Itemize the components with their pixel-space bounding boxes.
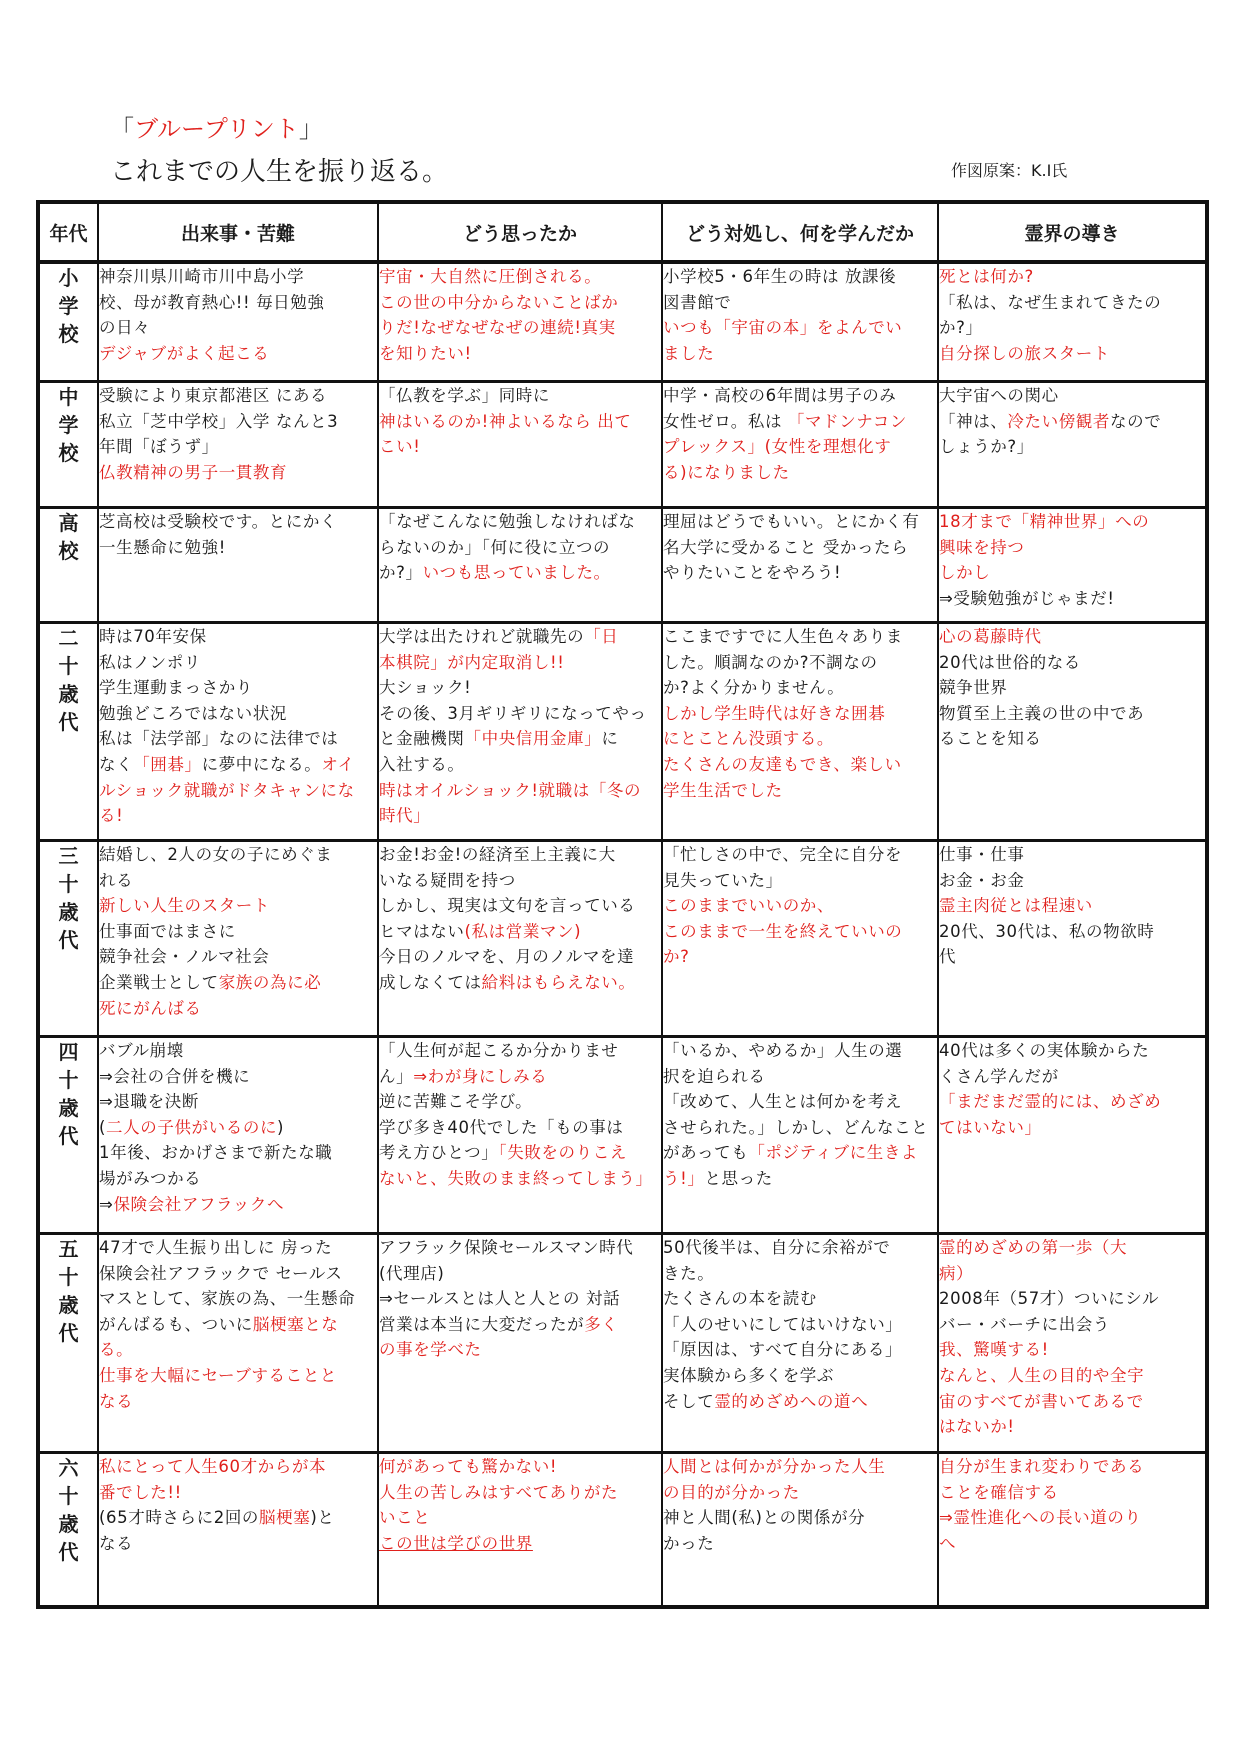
cell-text-line: 一生懸命に勉強!	[99, 535, 377, 561]
highlighted-text: の事を学べた	[379, 1340, 482, 1359]
cell-text-line: プレックス」(女性を理想化す	[663, 434, 937, 460]
cell-text-line: しかし、現実は文句を言っている	[379, 893, 661, 919]
text-segment: ⇒受験勉強がじゃまだ!	[939, 589, 1115, 608]
cell-text-line: 「なぜこんなに勉強しなければな	[379, 509, 661, 535]
cell-text-line: 考え方ひとつ」「失敗をのりこえ	[379, 1140, 661, 1166]
cell-text-line: 企業戦士として家族の為に必	[99, 970, 377, 996]
cell-text-line: くさん学んだが	[939, 1064, 1205, 1090]
cell-text-line: 「原因は、すべて自分にある」	[663, 1337, 937, 1363]
highlighted-text: 神はいるのか!神よいるなら 出て	[379, 412, 631, 431]
author-credit: 作図原案：K.I氏	[951, 158, 1067, 181]
title-bracket-close: 」	[299, 115, 323, 143]
text-segment: か?」	[939, 318, 983, 337]
cell-text-line: 20代は世俗的なる	[939, 650, 1205, 676]
highlighted-text: なんと、人生の目的や全宇	[939, 1366, 1144, 1385]
text-segment: 逆に苦難こそ学び。	[379, 1092, 532, 1111]
age-label-char: 中	[40, 383, 97, 411]
text-segment: 大学は出たけれど就職先の	[379, 627, 584, 646]
text-segment: そして	[663, 1392, 714, 1411]
highlighted-text: 仏教精神の男子一貫教育	[99, 463, 287, 482]
text-segment: の日々	[99, 318, 150, 337]
cell-text-line: 仕事・仕事	[939, 842, 1205, 868]
table-row: 四十歳代バブル崩壊⇒会社の合併を機に⇒退職を決断 (二人の子供がいるのに)1年後…	[38, 1037, 1207, 1234]
age-label-char: 歳	[40, 1291, 97, 1319]
age-label-cell: 二十歳代	[38, 623, 98, 841]
cell-text-line: その後、3月ギリギリになってやっ	[379, 701, 661, 727]
cell-text-line: ⇒退職を決断	[99, 1089, 377, 1115]
cell-text-line: 「仏教を学ぶ」同時に	[379, 383, 661, 409]
highlighted-text: ⇒霊性進化への長い道のり	[939, 1508, 1142, 1527]
cell-text-line: なる	[99, 1531, 377, 1557]
cell-text-line: 仕事を大幅にセーブすることと	[99, 1363, 377, 1389]
cell-text-line: 大ショック!	[379, 675, 661, 701]
cell-text-line: 死とは何か?	[939, 264, 1205, 290]
text-segment: 20代、30代は、私の物欲時	[939, 922, 1154, 941]
highlighted-text: 宇宙・大自然に圧倒される。	[379, 267, 601, 286]
text-segment: )	[277, 1118, 284, 1137]
cell-text-line: 「神は、冷たい傍観者なので	[939, 409, 1205, 435]
document-title-block: 「ブループリント」 これまでの人生を振り返る。	[110, 112, 448, 192]
text-segment: 47才で人生振り出しに 房った	[99, 1238, 332, 1257]
cell-text-line: この世は学びの世界	[379, 1531, 661, 1557]
text-segment: ここまですでに人生色々ありま	[663, 627, 903, 646]
text-segment: 「改めて、人生とは何かを考え	[663, 1092, 902, 1111]
cell-text-line: りだ!なぜなぜなぜの連続!真実	[379, 315, 661, 341]
table-row: 六十歳代私にとって人生60才からが本番でした!!(65才時さらに2回の脳梗塞)と…	[38, 1453, 1207, 1608]
text-segment: お金・お金	[939, 871, 1025, 890]
cell-text-line: 神はいるのか!神よいるなら 出て	[379, 409, 661, 435]
text-segment: 私は「法学部」なのに法律では	[99, 729, 338, 748]
highlighted-text: 「マドンナコン	[788, 412, 907, 431]
text-segment: 年間「ぼうず」	[99, 437, 219, 456]
text-segment: 物質至上主義の世の中であ	[939, 704, 1144, 723]
cell-text-line: 時は70年安保	[99, 624, 377, 650]
text-segment: 女性ゼロ。私は	[663, 412, 788, 431]
cell-text-line: にとことん没頭する。	[663, 726, 937, 752]
cell-text-line: きた。	[663, 1261, 937, 1287]
cell-text-line: があっても「ポジティブに生きよ	[663, 1140, 937, 1166]
text-segment: ⇒セールスとは人と人との 対話	[379, 1289, 620, 1308]
cell-text-line: か?	[663, 944, 937, 970]
text-segment: 勉強どころではない状況	[99, 704, 287, 723]
text-segment: 「仏教を学ぶ」同時に	[379, 386, 550, 405]
text-segment: やりたいことをやろう!	[663, 563, 841, 582]
highlighted-text: 学生生活でした	[663, 781, 783, 800]
cell-text-line: ヒマはない(私は営業マン)	[379, 919, 661, 945]
highlighted-text: こい!	[379, 437, 420, 456]
cell-text-line: 病）	[939, 1261, 1205, 1287]
cell-text-line: れる	[99, 868, 377, 894]
text-segment: お金!お金!の経済至上主義に大	[379, 845, 616, 864]
thoughts-cell: 何があっても驚かない!人生の苦しみはすべてありがたいことこの世は学びの世界	[378, 1453, 662, 1608]
highlighted-text: 我、驚嘆する!	[939, 1340, 1049, 1359]
highlighted-text: 霊的めざめへの道へ	[714, 1392, 868, 1411]
highlighted-text: 死とは何か?	[939, 267, 1034, 286]
cell-text-line: 代	[939, 944, 1205, 970]
cell-text-line: 50代後半は、自分に余裕がで	[663, 1235, 937, 1261]
highlighted-text: 保険会社アフラックへ	[113, 1195, 284, 1214]
thoughts-cell: 大学は出たけれど就職先の「日本棋院」が内定取消し!!大ショック!その後、3月ギリ…	[378, 623, 662, 841]
age-label-cell: 五十歳代	[38, 1234, 98, 1453]
text-segment: 入社する。	[379, 755, 465, 774]
text-segment: (	[99, 1118, 106, 1137]
highlighted-text: 「まだまだ霊的には、めざめ	[939, 1092, 1161, 1111]
cell-text-line: へ	[939, 1531, 1205, 1557]
text-segment: 結婚し、2人の女の子にめぐま	[99, 845, 332, 864]
thoughts-cell: 宇宙・大自然に圧倒される。この世の中分からないことばかりだ!なぜなぜなぜの連続!…	[378, 262, 662, 382]
text-segment: 大宇宙への関心	[939, 386, 1059, 405]
highlighted-text: 脳梗塞	[259, 1508, 310, 1527]
highlighted-text: いつも「宇宙の本」をよんでい	[663, 318, 902, 337]
cell-text-line: いつも「宇宙の本」をよんでい	[663, 315, 937, 341]
highlighted-text: 新しい人生のスタート	[99, 896, 270, 915]
cell-text-line: ⇒会社の合併を機に	[99, 1064, 377, 1090]
highlighted-text: 仕事を大幅にセーブすることと	[99, 1366, 337, 1385]
age-label-char: 代	[40, 1538, 97, 1566]
text-segment: らないのか」「何に役に立つの	[379, 538, 610, 557]
highlighted-text: いつも思っていました。	[423, 563, 611, 582]
highlighted-text: ⇒わが身にしみる	[413, 1067, 547, 1086]
table-header-row: 年代 出来事・苦難 どう思ったか どう対処し、何を学んだか 霊界の導き	[38, 202, 1207, 262]
cell-text-line: 私立「芝中学校」入学 なんと3	[99, 409, 377, 435]
highlighted-text: 二人の子供がいるのに	[106, 1118, 277, 1137]
cell-text-line: 年間「ぼうず」	[99, 434, 377, 460]
text-segment: 受験により東京都港区 にある	[99, 386, 327, 405]
text-segment: 「神は、	[939, 412, 1007, 431]
cell-text-line: なんと、人生の目的や全宇	[939, 1363, 1205, 1389]
age-label-char: 二	[40, 624, 97, 652]
cell-text-line: なく「囲碁」に夢中になる。オイ	[99, 752, 377, 778]
guidance-cell: 心の葛藤時代20代は世俗的なる競争世界物質至上主義の世の中であることを知る	[938, 623, 1207, 841]
cell-text-line: ました	[663, 341, 937, 367]
text-segment: した。順調なのか?不調なの	[663, 653, 878, 672]
cell-text-line: 番でした!!	[99, 1480, 377, 1506]
events-cell: 47才で人生振り出しに 房った保険会社アフラックで セールスマスとして、家族の為…	[98, 1234, 378, 1453]
age-label-char: 五	[40, 1235, 97, 1263]
cell-text-line: いこと	[379, 1505, 661, 1531]
cell-text-line: う!」と思った	[663, 1166, 937, 1192]
coping-cell: ここまですでに人生色々ありました。順調なのか?不調なのか?よく分かりません。しか…	[662, 623, 938, 841]
text-segment: ん」	[379, 1067, 413, 1086]
highlighted-text: ました	[663, 344, 714, 363]
age-label-char: 学	[40, 292, 97, 320]
highlighted-text: しかし学生時代は好きな囲碁	[663, 704, 885, 723]
cell-text-line: ことを確信する	[939, 1480, 1205, 1506]
text-segment: 仕事面ではまさに	[99, 922, 236, 941]
highlighted-text: 「囲碁」	[133, 755, 201, 774]
text-segment: 理屈はどうでもいい。とにかく有	[663, 512, 920, 531]
highlighted-text: 本棋院」が内定取消し!!	[379, 653, 564, 672]
text-segment: 神と人間(私)との関係が分	[663, 1508, 865, 1527]
cell-text-line: 芝高校は受験校です。とにかく	[99, 509, 377, 535]
cell-text-line: (65才時さらに2回の脳梗塞)と	[99, 1505, 377, 1531]
cell-text-line: デジャブがよく起こる	[99, 341, 377, 367]
column-header-coping: どう対処し、何を学んだか	[662, 202, 938, 262]
events-cell: 時は70年安保私はノンポリ学生運動まっさかり勉強どころではない状況私は「法学部」…	[98, 623, 378, 841]
cell-text-line: 大宇宙への関心	[939, 383, 1205, 409]
cell-text-line: 女性ゼロ。私は 「マドンナコン	[663, 409, 937, 435]
blueprint-table: 年代 出来事・苦難 どう思ったか どう対処し、何を学んだか 霊界の導き 小学校神…	[36, 200, 1209, 1609]
age-label-char: 歳	[40, 898, 97, 926]
cell-text-line: 入社する。	[379, 752, 661, 778]
table-body: 小学校神奈川県川崎市川中島小学校、母が教育熱心!! 毎日勉強の日々デジャブがよく…	[38, 262, 1207, 1607]
text-segment: れる	[99, 871, 133, 890]
guidance-cell: 18才まで「精神世界」への興味を持つしかし⇒受験勉強がじゃまだ!	[938, 508, 1207, 623]
cell-text-line: 物質至上主義の世の中であ	[939, 701, 1205, 727]
text-segment: 50代後半は、自分に余裕がで	[663, 1238, 890, 1257]
text-segment: しかし、現実は文句を言っている	[379, 896, 636, 915]
text-segment: 「なぜこんなに勉強しなければな	[379, 512, 636, 531]
highlighted-text: 心の葛藤時代	[939, 627, 1042, 646]
highlighted-text: 時はオイルショック!就職は「冬の	[379, 781, 641, 800]
highlighted-text: 自分探しの旅スタート	[939, 344, 1110, 363]
cell-text-line: 新しい人生のスタート	[99, 893, 377, 919]
age-label-char: 十	[40, 1066, 97, 1094]
cell-text-line: お金!お金!の経済至上主義に大	[379, 842, 661, 868]
events-cell: 私にとって人生60才からが本番でした!!(65才時さらに2回の脳梗塞)となる	[98, 1453, 378, 1608]
text-segment: かった	[663, 1534, 714, 1553]
title-bracket-open: 「	[110, 115, 134, 143]
highlighted-text: 番でした!!	[99, 1483, 182, 1502]
text-segment: 択を迫られる	[663, 1067, 766, 1086]
cell-text-line: 受験により東京都港区 にある	[99, 383, 377, 409]
text-segment: か?」	[379, 563, 423, 582]
highlighted-text: デジャブがよく起こる	[99, 344, 269, 363]
events-cell: 受験により東京都港区 にある私立「芝中学校」入学 なんと3年間「ぼうず」仏教精神…	[98, 382, 378, 508]
cell-text-line: 47才で人生振り出しに 房った	[99, 1235, 377, 1261]
cell-text-line: 成しなくては給料はもらえない。	[379, 970, 661, 996]
text-segment: 仕事・仕事	[939, 845, 1025, 864]
cell-text-line: 私にとって人生60才からが本	[99, 1454, 377, 1480]
cell-text-line: 人間とは何かが分かった人生	[663, 1454, 937, 1480]
highlighted-text: 死にがんばる	[99, 999, 202, 1018]
text-segment: 図書館で	[663, 293, 731, 312]
cell-text-line: このままでいいのか、	[663, 893, 937, 919]
cell-text-line: ⇒受験勉強がじゃまだ!	[939, 586, 1205, 612]
cell-text-line: たくさんの友達もでき、楽しい	[663, 752, 937, 778]
thoughts-cell: 「仏教を学ぶ」同時に神はいるのか!神よいるなら 出てこい!	[378, 382, 662, 508]
highlighted-text: 霊的めざめの第一歩（大	[939, 1238, 1127, 1257]
cell-text-line: 結婚し、2人の女の子にめぐま	[99, 842, 377, 868]
guidance-cell: 霊的めざめの第一歩（大病）2008年（57才）ついにシルバー・バーチに出会う我、…	[938, 1234, 1207, 1453]
cell-text-line: 興味を持つ	[939, 535, 1205, 561]
cell-text-line: 仕事面ではまさに	[99, 919, 377, 945]
highlighted-text: 時代」	[379, 806, 430, 825]
cell-text-line: 学び多き40代でした「もの事は	[379, 1115, 661, 1141]
text-segment: に夢中になる。	[202, 755, 322, 774]
age-label-char: 高	[40, 509, 97, 537]
highlighted-text: を知りたい!	[379, 344, 472, 363]
cell-text-line: 我、驚嘆する!	[939, 1337, 1205, 1363]
text-segment: ヒマはない	[379, 922, 465, 941]
cell-text-line: 今日のノルマを、月のノルマを達	[379, 944, 661, 970]
age-label-char: 歳	[40, 1510, 97, 1538]
events-cell: 芝高校は受験校です。とにかく一生懸命に勉強!	[98, 508, 378, 623]
column-header-guidance: 霊界の導き	[938, 202, 1207, 262]
thoughts-cell: アフラック保険セールスマン時代(代理店)⇒セールスとは人と人との 対話営業は本当…	[378, 1234, 662, 1453]
cell-text-line: 「人生何が起こるか分かりませ	[379, 1038, 661, 1064]
coping-cell: 「いるか、やめるか」人生の選択を迫られる「改めて、人生とは何かを考えさせられた。…	[662, 1037, 938, 1234]
cell-text-line: 学生運動まっさかり	[99, 675, 377, 701]
thoughts-cell: お金!お金!の経済至上主義に大いなる疑問を持つしかし、現実は文句を言っているヒマ…	[378, 841, 662, 1037]
text-segment: 「人のせいにしてはいけない」	[663, 1315, 902, 1334]
cell-text-line: ん」⇒わが身にしみる	[379, 1064, 661, 1090]
cell-text-line: 神と人間(私)との関係が分	[663, 1505, 937, 1531]
text-segment: 「私は、なぜ生まれてきたの	[939, 293, 1161, 312]
cell-text-line: このままで一生を終えていいの	[663, 919, 937, 945]
cell-text-line: 2008年（57才）ついにシル	[939, 1286, 1205, 1312]
cell-text-line: 競争世界	[939, 675, 1205, 701]
cell-text-line: か?よく分かりません。	[663, 675, 937, 701]
cell-text-line: ⇒セールスとは人と人との 対話	[379, 1286, 661, 1312]
age-label-char: 四	[40, 1038, 97, 1066]
cell-text-line: 私はノンポリ	[99, 650, 377, 676]
title-main: ブループリント	[134, 115, 299, 143]
age-label-char: 十	[40, 652, 97, 680]
text-segment: 2008年（57才）ついにシル	[939, 1289, 1159, 1308]
cell-text-line: 「いるか、やめるか」人生の選	[663, 1038, 937, 1064]
age-label-char: 三	[40, 842, 97, 870]
highlighted-text: たくさんの友達もでき、楽しい	[663, 755, 902, 774]
cell-text-line: 保険会社アフラックで セールス	[99, 1261, 377, 1287]
document-title: 「ブループリント」	[110, 112, 448, 146]
text-segment: その後、3月ギリギリになってやっ	[379, 704, 647, 723]
highlighted-text: この世の中分からないことばか	[379, 293, 618, 312]
cell-text-line: ルショック就職がドタキャンにな	[99, 778, 377, 804]
text-segment: 企業戦士として	[99, 973, 219, 992]
text-segment: きた。	[663, 1264, 714, 1283]
text-segment: 競争社会・ノルマ社会	[99, 947, 269, 966]
text-segment: と思った	[704, 1169, 772, 1188]
text-segment: 神奈川県川崎市川中島小学	[99, 267, 304, 286]
highlighted-text: いこと	[379, 1508, 430, 1527]
highlighted-text: このままで一生を終えていいの	[663, 922, 902, 941]
highlighted-text: プレックス」(女性を理想化す	[663, 437, 891, 456]
cell-text-line: 逆に苦難こそ学び。	[379, 1089, 661, 1115]
highlighted-text: ルショック就職がドタキャンにな	[99, 781, 355, 800]
thoughts-cell: 「なぜこんなに勉強しなければならないのか」「何に役に立つのか?」いつも思っていま…	[378, 508, 662, 623]
highlighted-text: 興味を持つ	[939, 538, 1025, 557]
age-label-char: 十	[40, 870, 97, 898]
text-segment: なく	[99, 755, 133, 774]
text-segment: しょうか?」	[939, 437, 1034, 456]
highlighted-text: 病）	[939, 1264, 973, 1283]
cell-text-line: 40代は多くの実体験からた	[939, 1038, 1205, 1064]
cell-text-line: しかし	[939, 560, 1205, 586]
text-segment: バー・バーチに出会う	[939, 1315, 1110, 1334]
highlighted-text: 脳梗塞とな	[253, 1315, 339, 1334]
highlighted-text: 「中央信用金庫」	[465, 729, 602, 748]
highlighted-text: 私にとって人生60才からが本	[99, 1457, 326, 1476]
text-segment: 中学・高校の6年間は男子のみ	[663, 386, 896, 405]
thoughts-cell: 「人生何が起こるか分かりません」⇒わが身にしみる逆に苦難こそ学び。学び多き40代…	[378, 1037, 662, 1234]
highlighted-text: この世は学びの世界	[379, 1534, 533, 1553]
highlighted-text: ことを確信する	[939, 1483, 1059, 1502]
text-segment: 名大学に受かること 受かったら	[663, 538, 908, 557]
cell-text-line: か?」いつも思っていました。	[379, 560, 661, 586]
cell-text-line: る!	[99, 803, 377, 829]
cell-text-line: 校、母が教育熱心!! 毎日勉強	[99, 290, 377, 316]
highlighted-text: 自分が生まれ変わりである	[939, 1457, 1144, 1476]
cell-text-line: 18才まで「精神世界」への	[939, 509, 1205, 535]
cell-text-line: 勉強どころではない状況	[99, 701, 377, 727]
text-segment: マスとして、家族の為、一生懸命	[99, 1289, 355, 1308]
coping-cell: 理屈はどうでもいい。とにかく有名大学に受かること 受かったらやりたいことをやろう…	[662, 508, 938, 623]
cell-text-line: 実体験から多くを学ぶ	[663, 1363, 937, 1389]
age-label-cell: 高校	[38, 508, 98, 623]
cell-text-line: 自分探しの旅スタート	[939, 341, 1205, 367]
age-label-char: 校	[40, 320, 97, 348]
text-segment: なので	[1110, 412, 1161, 431]
cell-text-line: 宇宙・大自然に圧倒される。	[379, 264, 661, 290]
cell-text-line: アフラック保険セールスマン時代	[379, 1235, 661, 1261]
text-segment: 実体験から多くを学ぶ	[663, 1366, 834, 1385]
age-label-char: 代	[40, 1319, 97, 1347]
highlighted-text: 霊主肉従とは程速い	[939, 896, 1093, 915]
cell-text-line: 宙のすべてが書いてあるで	[939, 1389, 1205, 1415]
highlighted-text: 人生の苦しみはすべてありがた	[379, 1483, 618, 1502]
text-segment: 今日のノルマを、月のノルマを達	[379, 947, 634, 966]
text-segment: ることを知る	[939, 729, 1042, 748]
text-segment: 1年後、おかげさまで新たな職	[99, 1143, 332, 1162]
cell-text-line: ⇒保険会社アフラックへ	[99, 1192, 377, 1218]
text-segment: 「人生何が起こるか分かりませ	[379, 1041, 618, 1060]
text-segment: バブル崩壊	[99, 1041, 184, 1060]
text-segment: くさん学んだが	[939, 1067, 1059, 1086]
coping-cell: 人間とは何かが分かった人生の目的が分かった神と人間(私)との関係が分かった	[662, 1453, 938, 1608]
cell-text-line: の目的が分かった	[663, 1480, 937, 1506]
text-segment: 「原因は、すべて自分にある」	[663, 1340, 902, 1359]
cell-text-line: 神奈川県川崎市川中島小学	[99, 264, 377, 290]
guidance-cell: 死とは何か?「私は、なぜ生まれてきたのか?」自分探しの旅スタート	[938, 262, 1207, 382]
cell-text-line: る)になりました	[663, 460, 937, 486]
cell-text-line: 私は「法学部」なのに法律では	[99, 726, 377, 752]
text-segment: 学び多き40代でした「もの事は	[379, 1118, 624, 1137]
highlighted-text: このままでいいのか、	[663, 896, 834, 915]
highlighted-text: しかし	[939, 563, 990, 582]
text-segment: 競争世界	[939, 678, 1007, 697]
cell-text-line: 時はオイルショック!就職は「冬の	[379, 778, 661, 804]
cell-text-line: 図書館で	[663, 290, 937, 316]
column-header-thoughts: どう思ったか	[378, 202, 662, 262]
events-cell: 結婚し、2人の女の子にめぐまれる新しい人生のスタート仕事面ではまさに競争社会・ノ…	[98, 841, 378, 1037]
cell-text-line: しかし学生時代は好きな囲碁	[663, 701, 937, 727]
cell-text-line: 本棋院」が内定取消し!!	[379, 650, 661, 676]
table-row: 五十歳代47才で人生振り出しに 房った保険会社アフラックで セールスマスとして、…	[38, 1234, 1207, 1453]
cell-text-line: 心の葛藤時代	[939, 624, 1205, 650]
highlighted-text: か?	[663, 947, 689, 966]
highlighted-text: 家族の為に必	[219, 973, 322, 992]
highlighted-text: 多く	[584, 1315, 618, 1334]
highlighted-text: りだ!なぜなぜなぜの連続!真実	[379, 318, 616, 337]
highlighted-text: 「日	[584, 627, 618, 646]
text-segment: 私はノンポリ	[99, 653, 201, 672]
table-row: 高校芝高校は受験校です。とにかく一生懸命に勉強!「なぜこんなに勉強しなければなら…	[38, 508, 1207, 623]
cell-text-line: (二人の子供がいるのに)	[99, 1115, 377, 1141]
text-segment: 場がみつかる	[99, 1169, 201, 1188]
events-cell: 神奈川県川崎市川中島小学校、母が教育熱心!! 毎日勉強の日々デジャブがよく起こる	[98, 262, 378, 382]
cell-text-line: 「私は、なぜ生まれてきたの	[939, 290, 1205, 316]
coping-cell: 50代後半は、自分に余裕ができた。たくさんの本を読む「人のせいにしてはいけない」…	[662, 1234, 938, 1453]
document-subtitle: これまでの人生を振り返る。	[110, 152, 448, 192]
age-label-cell: 四十歳代	[38, 1037, 98, 1234]
highlighted-text: る)になりました	[663, 463, 790, 482]
coping-cell: 小学校5・6年生の時は 放課後図書館でいつも「宇宙の本」をよんでいました	[662, 262, 938, 382]
highlighted-text: う!」	[663, 1169, 704, 1188]
text-segment: 代	[939, 947, 956, 966]
text-segment: 芝高校は受験校です。とにかく	[99, 512, 337, 531]
text-segment: 保険会社アフラックで セールス	[99, 1264, 342, 1283]
